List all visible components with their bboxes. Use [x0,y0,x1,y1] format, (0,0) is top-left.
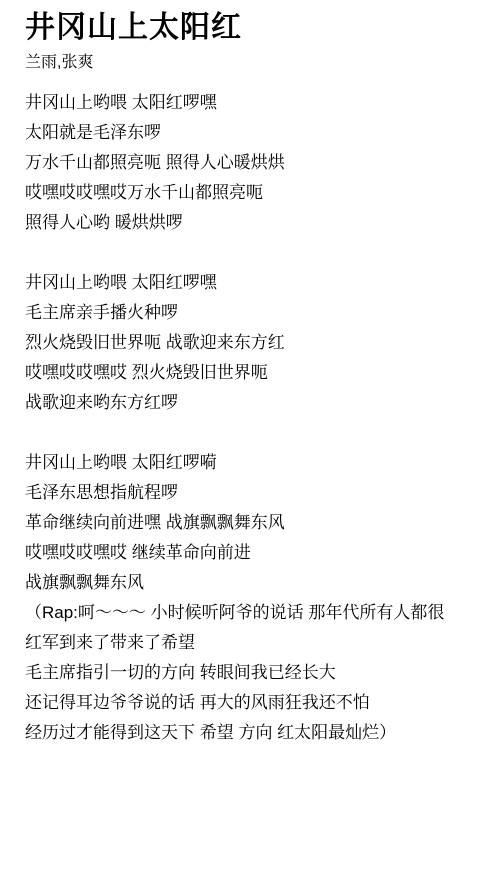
lyric-line: 革命继续向前进嘿 战旗飘飘舞东风 [25,508,500,538]
lyric-line: 哎嘿哎哎嘿哎万水千山都照亮呃 [25,178,500,208]
lyric-line: 还记得耳边爷爷说的话 再大的风雨狂我还不怕 [25,688,500,718]
lyric-line: 烈火烧毁旧世界呃 战歌迎来东方红 [25,328,500,358]
lyric-line: 井冈山上哟喂 太阳红啰嘿 [25,268,500,298]
rap-section: （Rap:呵～～～ 小时候听阿爷的说话 那年代所有人都很 红军到来了带来了希望 … [25,598,500,748]
lyric-line: 哎嘿哎哎嘿哎 烈火烧毁旧世界呃 [25,358,500,388]
lyric-line: 井冈山上哟喂 太阳红啰嗬 [25,448,500,478]
lyric-line-rap-intro: （Rap:呵～～～ 小时候听阿爷的说话 那年代所有人都很 [25,598,500,628]
lyric-line: 战歌迎来哟东方红啰 [25,388,500,418]
lyric-line: 照得人心哟 暖烘烘啰 [25,208,500,238]
lyrics-page: 井冈山上太阳红 兰雨,张爽 井冈山上哟喂 太阳红啰嘿 太阳就是毛泽东啰 万水千山… [0,0,500,748]
lyric-line: 红军到来了带来了希望 [25,628,500,658]
song-title-text: 井冈山上太阳红 [25,11,242,44]
lyric-line: 毛泽东思想指航程啰 [25,478,500,508]
lyrics-body: 井冈山上哟喂 太阳红啰嘿 太阳就是毛泽东啰 万水千山都照亮呃 照得人心暖烘烘 哎… [25,88,500,748]
lyric-line: 毛主席亲手播火种啰 [25,298,500,328]
verse-3: 井冈山上哟喂 太阳红啰嗬 毛泽东思想指航程啰 革命继续向前进嘿 战旗飘飘舞东风 … [25,448,500,598]
lyric-line: 井冈山上哟喂 太阳红啰嘿 [25,88,500,118]
song-title: 井冈山上太阳红 [25,8,500,48]
lyric-line: 万水千山都照亮呃 照得人心暖烘烘 [25,148,500,178]
lyric-line: 毛主席指引一切的方向 转眼间我已经长大 [25,658,500,688]
artist-names: 兰雨,张爽 [25,52,500,74]
verse-1: 井冈山上哟喂 太阳红啰嘿 太阳就是毛泽东啰 万水千山都照亮呃 照得人心暖烘烘 哎… [25,88,500,238]
verse-2: 井冈山上哟喂 太阳红啰嘿 毛主席亲手播火种啰 烈火烧毁旧世界呃 战歌迎来东方红 … [25,268,500,418]
lyric-line: 哎嘿哎哎嘿哎 继续革命向前进 [25,538,500,568]
lyric-line: 太阳就是毛泽东啰 [25,118,500,148]
lyric-line: 经历过才能得到这天下 希望 方向 红太阳最灿烂） [25,718,500,748]
lyric-line: 战旗飘飘舞东风 [25,568,500,598]
